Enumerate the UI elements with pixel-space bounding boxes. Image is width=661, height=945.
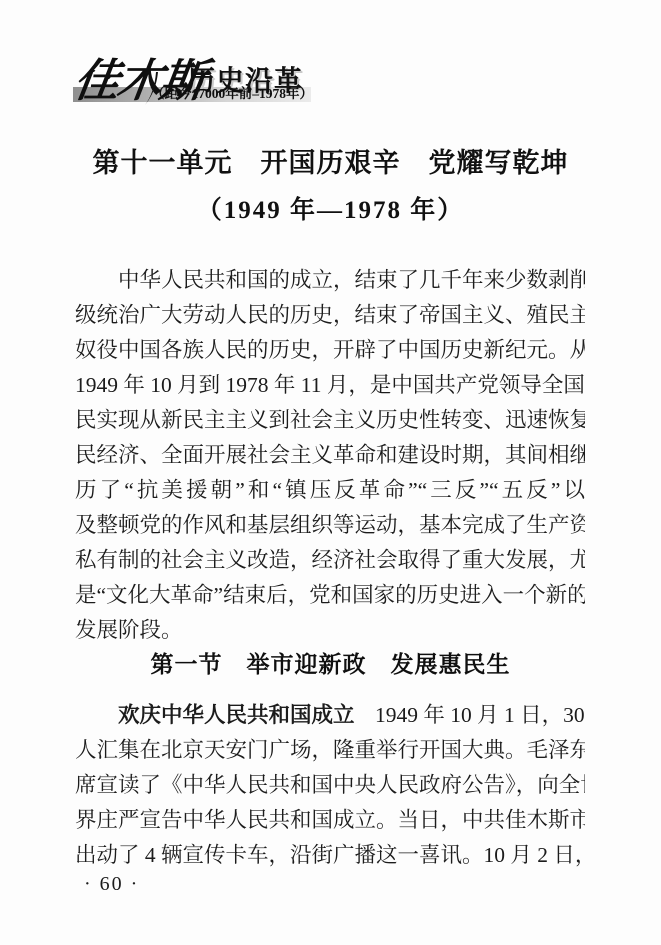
masthead-date-range: （距今17000年前–1978年）	[75, 85, 313, 102]
section-heading: 第一节 举市迎新政 发展惠民生	[0, 646, 661, 679]
paragraph-line: 界庄严宣告中华人民共和国成立。当日，中共佳木斯市委	[75, 803, 585, 838]
unit-years: （1949 年—1978 年）	[0, 190, 661, 226]
intro-middle-lines: 级统治广大劳动人民的历史，结束了帝国主义、殖民主义 奴役中国各族人民的历史，开辟…	[75, 298, 585, 613]
paragraph-line: 民经济、全面开展社会主义革命和建设时期，其间相继经	[75, 438, 585, 473]
paragraph-line: 是“文化大革命”结束后，党和国家的历史进入一个新的	[75, 578, 585, 613]
paragraph-line: 中华人民共和国的成立，结束了几千年来少数剥削阶	[75, 263, 585, 298]
section-lines: 人汇集在北京天安门广场，隆重举行开国大典。毛泽东主 席宣读了《中华人民共和国中央…	[75, 733, 585, 873]
paragraph-lead-in: 欢庆中华人民共和国成立	[118, 703, 355, 727]
paragraph-line: 私有制的社会主义改造，经济社会取得了重大发展，尤其	[75, 543, 585, 578]
paragraph-line: 民实现从新民主主义到社会主义历史性转变、迅速恢复国	[75, 403, 585, 438]
paragraph-line: 及整顿党的作风和基层组织等运动，基本完成了生产资料	[75, 508, 585, 543]
page-number: · 60 ·	[84, 873, 139, 896]
paragraph-line: 发展阶段。	[75, 613, 585, 648]
section-paragraph: 欢庆中华人民共和国成立1949 年 10 月 1 日，30 万 人汇集在北京天安…	[75, 698, 585, 873]
paragraph-line: 历了“抗美援朝”和“镇压反革命”“三反”“五反”以	[75, 473, 585, 508]
intro-paragraph: 中华人民共和国的成立，结束了几千年来少数剥削阶 级统治广大劳动人民的历史，结束了…	[75, 263, 585, 648]
paragraph-line: 席宣读了《中华人民共和国中央人民政府公告》，向全世	[75, 768, 585, 803]
paragraph-line: 人汇集在北京天安门广场，隆重举行开国大典。毛泽东主	[75, 733, 585, 768]
lead-rest: 1949 年 10 月 1 日，30 万	[375, 703, 585, 727]
unit-title: 第十一单元 开国历艰辛 党耀写乾坤	[0, 141, 661, 180]
paragraph-line: 奴役中国各族人民的历史，开辟了中国历史新纪元。从	[75, 333, 585, 368]
paragraph-line: 级统治广大劳动人民的历史，结束了帝国主义、殖民主义	[75, 298, 585, 333]
paragraph-line: 出动了 4 辆宣传卡车，沿街广播这一喜讯。10 月 2 日，全	[75, 838, 585, 873]
book-page: 佳木斯 历史沿革 （距今17000年前–1978年） 第十一单元 开国历艰辛 党…	[0, 0, 661, 945]
masthead: 佳木斯 历史沿革 （距今17000年前–1978年）	[73, 48, 313, 108]
paragraph-line: 1949 年 10 月到 1978 年 11 月，是中国共产党领导全国人	[75, 368, 585, 403]
brush-stroke-icon	[144, 72, 160, 106]
paragraph-line: 欢庆中华人民共和国成立1949 年 10 月 1 日，30 万	[75, 698, 585, 733]
